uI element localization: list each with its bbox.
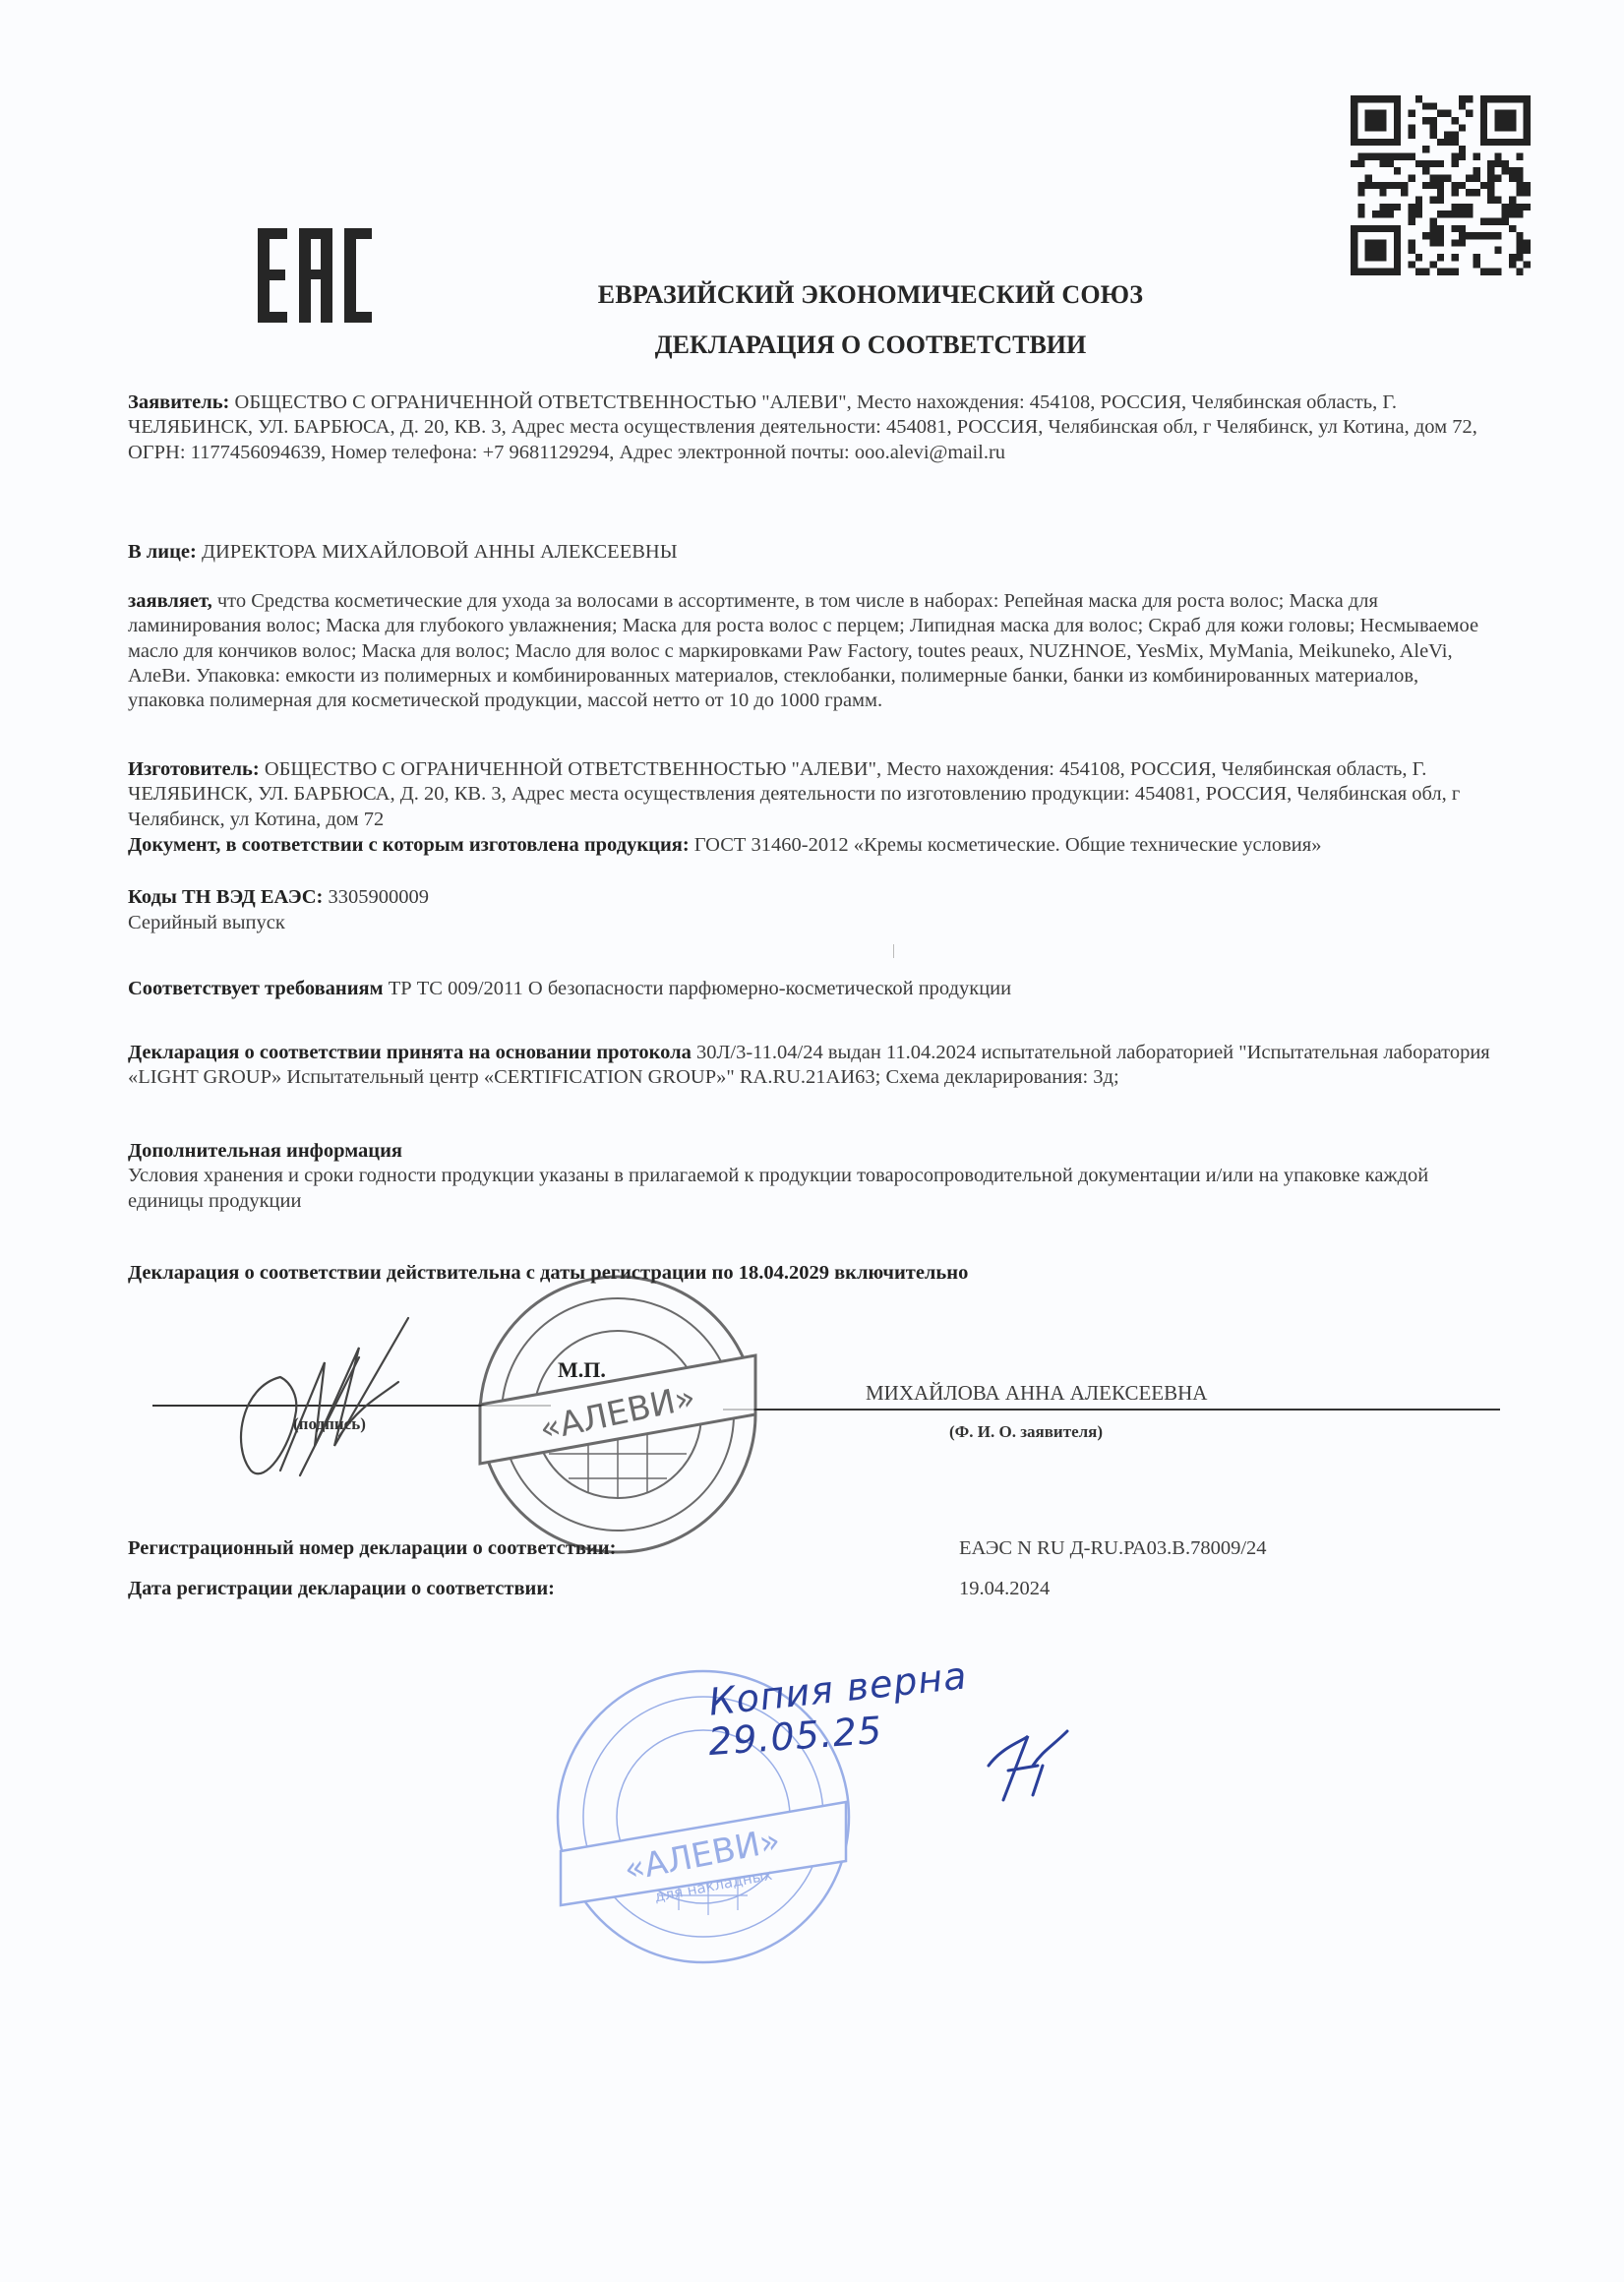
represented-by-label: В лице: — [128, 541, 197, 563]
scan-artifact — [893, 944, 894, 958]
production-type: Серийный выпуск — [128, 911, 1495, 935]
copy-certification-initials — [984, 1726, 1072, 1805]
validity-section: Декларация о соответствии действительна … — [128, 1261, 1495, 1286]
complies-text: ТР ТС 009/2011 О безопасности парфюмерно… — [389, 978, 1011, 999]
document-title: ДЕКЛАРАЦИЯ О СООТВЕТСТВИИ — [536, 330, 1205, 360]
qr-code-icon — [1351, 95, 1531, 275]
additional-info-label: Дополнительная информация — [128, 1140, 402, 1162]
declares-label: заявляет, — [128, 590, 212, 612]
applicant-name-caption: (Ф. И. О. заявителя) — [949, 1422, 1103, 1442]
represented-by-section: В лице: ДИРЕКТОРА МИХАЙЛОВОЙ АННЫ АЛЕКСЕ… — [128, 540, 1495, 565]
eac-mark-icon — [258, 228, 372, 323]
registration-number-label: Регистрационный номер декларации о соотв… — [128, 1537, 616, 1560]
manufacturer-section: Изготовитель: ОБЩЕСТВО С ОГРАНИЧЕННОЙ ОТ… — [128, 757, 1495, 832]
complies-section: Соответствует требованиям ТР ТС 009/2011… — [128, 977, 1495, 1001]
codes-text: 3305900009 — [328, 886, 429, 908]
standard-document-section: Документ, в соответствии с которым изгот… — [128, 833, 1495, 858]
manufacturer-text: ОБЩЕСТВО С ОГРАНИЧЕННОЙ ОТВЕТСТВЕННОСТЬЮ… — [128, 758, 1460, 830]
additional-info-section: Дополнительная информация Условия хранен… — [128, 1139, 1495, 1214]
name-line — [723, 1409, 1500, 1411]
applicant-text: ОБЩЕСТВО С ОГРАНИЧЕННОЙ ОТВЕТСТВЕННОСТЬЮ… — [128, 391, 1477, 463]
seal-mark-label: М.П. — [558, 1357, 606, 1383]
represented-by-text: ДИРЕКТОРА МИХАЙЛОВОЙ АННЫ АЛЕКСЕЕВНЫ — [202, 541, 678, 563]
registration-date-value: 19.04.2024 — [959, 1578, 1050, 1600]
standard-document-label: Документ, в соответствии с которым изгот… — [128, 834, 690, 856]
basis-label: Декларация о соответствии принята на осн… — [128, 1042, 692, 1063]
applicant-name: МИХАЙЛОВА АННА АЛЕКСЕЕВНА — [866, 1381, 1207, 1406]
manufacturer-label: Изготовитель: — [128, 758, 260, 780]
applicant-label: Заявитель: — [128, 391, 229, 413]
company-seal-black: «АЛЕВИ» — [460, 1267, 775, 1562]
codes-section: Коды ТН ВЭД ЕАЭС: 3305900009 — [128, 885, 1495, 910]
additional-info-text: Условия хранения и сроки годности продук… — [128, 1165, 1428, 1211]
codes-label: Коды ТН ВЭД ЕАЭС: — [128, 886, 323, 908]
applicant-section: Заявитель: ОБЩЕСТВО С ОГРАНИЧЕННОЙ ОТВЕТ… — [128, 390, 1495, 465]
complies-label: Соответствует требованиям — [128, 978, 384, 999]
declares-section: заявляет, что Средства косметические для… — [128, 589, 1495, 713]
registration-date-label: Дата регистрации декларации о соответств… — [128, 1578, 555, 1600]
handwritten-signature — [221, 1298, 467, 1485]
basis-section: Декларация о соответствии принята на осн… — [128, 1041, 1495, 1091]
eac-logo — [258, 228, 372, 323]
standard-document-text: ГОСТ 31460-2012 «Кремы косметические. Об… — [694, 834, 1322, 856]
registration-number-value: ЕАЭС N RU Д-RU.РА03.В.78009/24 — [959, 1537, 1267, 1560]
signature-caption: (подпись) — [293, 1414, 366, 1434]
union-title: ЕВРАЗИЙСКИЙ ЭКОНОМИЧЕСКИЙ СОЮЗ — [536, 280, 1205, 310]
declares-text: что Средства косметические для ухода за … — [128, 590, 1478, 711]
